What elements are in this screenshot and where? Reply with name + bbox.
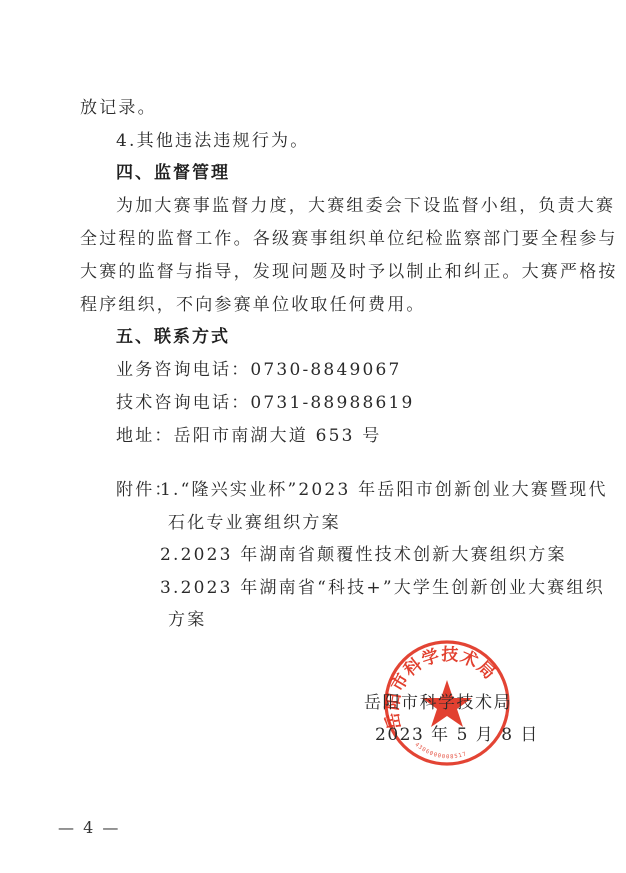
paragraph-line: 程序组织，不向参赛单位收取任何费用。 xyxy=(80,295,426,315)
signature-org: 岳阳市科学技术局 xyxy=(364,688,512,713)
paragraph-line: 大赛的监督与指导，发现问题及时予以制止和纠正。大赛严格按 xyxy=(80,262,618,282)
page-number: — 4 — xyxy=(58,818,120,837)
signature-date: 2023 年 5 月 8 日 xyxy=(375,720,539,745)
section-heading-supervision: 四、监督管理 xyxy=(116,163,230,183)
attachment-item-1: 1.“隆兴实业杯”2023 年岳阳市创新创业大赛暨现代 xyxy=(160,480,608,500)
attachment-item-3-cont: 方案 xyxy=(168,610,206,630)
tech-phone: 技术咨询电话：0731-88988619 xyxy=(116,393,415,413)
address: 地址：岳阳市南湖大道 653 号 xyxy=(116,426,381,446)
section-heading-contact: 五、联系方式 xyxy=(116,327,230,347)
body-text-continuation: 放记录。 xyxy=(80,98,157,118)
list-item-4: 4.其他违法违规行为。 xyxy=(116,131,309,151)
paragraph-line: 为加大赛事监督力度，大赛组委会下设监督小组，负责大赛 xyxy=(116,196,615,216)
business-phone: 业务咨询电话：0730-8849067 xyxy=(116,360,402,380)
paragraph-line: 全过程的监督工作。各级赛事组织单位纪检监察部门要全程参与 xyxy=(80,229,618,249)
attachment-item-2: 2.2023 年湖南省颠覆性技术创新大赛组织方案 xyxy=(160,545,567,565)
attachment-item-1-cont: 石化专业赛组织方案 xyxy=(168,513,341,533)
attachment-item-3: 3.2023 年湖南省“科技+”大学生创新创业大赛组织 xyxy=(160,578,605,598)
